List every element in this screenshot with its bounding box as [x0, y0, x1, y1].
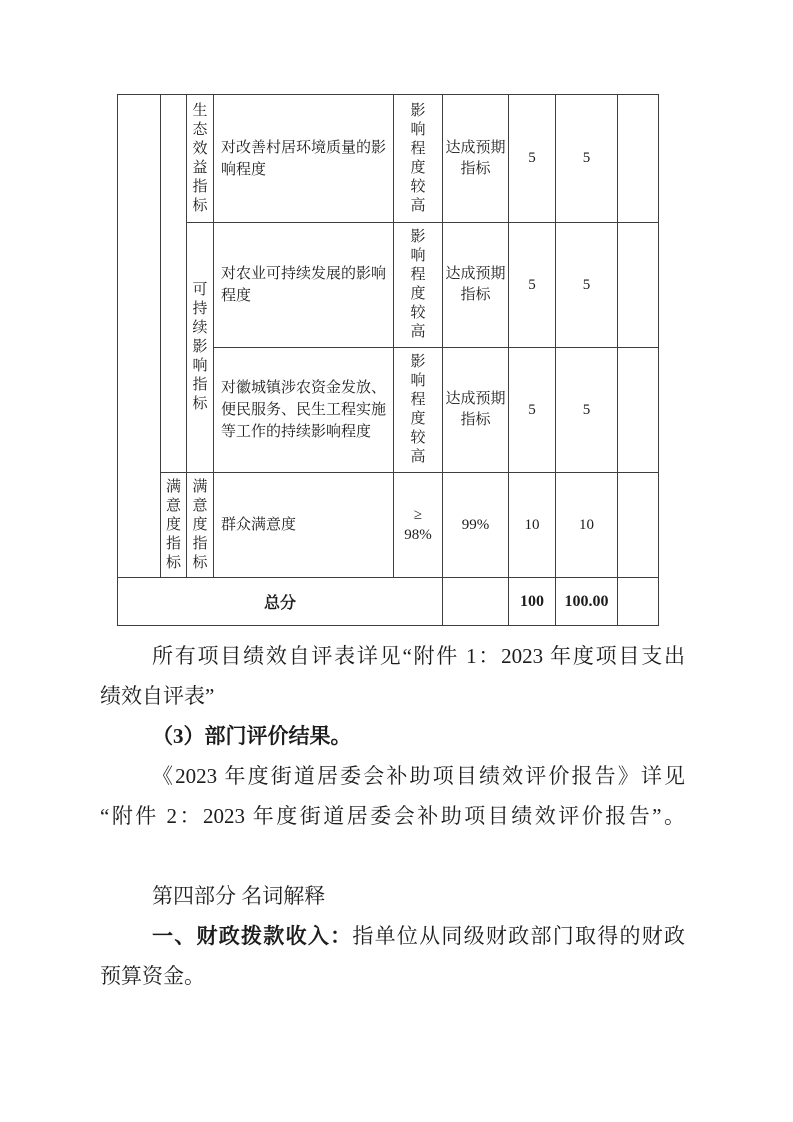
- cell-satisfaction-header-l2: 满意度指标: [187, 473, 214, 578]
- term1-def-line2: 预算资金。: [100, 956, 685, 996]
- cell-indicator-2: 对农业可持续发展的影响程度: [214, 223, 394, 348]
- cell-total-remark-blank: [618, 578, 659, 626]
- target-2-text: 影响程度较高: [411, 228, 426, 342]
- cell-eco-benefit-header: 生态效益指标: [187, 95, 214, 223]
- performance-indicator-table: 生态效益指标 对改善村居环境质量的影响程度 影响程度较高 达成预期指标 5 5 …: [117, 94, 659, 626]
- blank-line: [100, 836, 685, 876]
- cell-target-3: 影响程度较高: [394, 348, 443, 473]
- heading-dept-eval-result: （3）部门评价结果。: [100, 716, 685, 756]
- cell-total-actual-blank: [443, 578, 509, 626]
- cell-target-1: 影响程度较高: [394, 95, 443, 223]
- target-1-text: 影响程度较高: [411, 102, 426, 216]
- satisfaction-header-l1-text: 满意度指标: [166, 478, 181, 573]
- cell-level2-category-blank: [161, 95, 187, 473]
- cell-level1-category-blank: [118, 95, 161, 578]
- cell-weight-4: 10: [509, 473, 556, 578]
- cell-sustainable-header: 可持续影响指标: [187, 223, 214, 473]
- target-4-line1: ≥: [394, 505, 442, 525]
- target-4-line2: 98%: [394, 525, 442, 545]
- cell-score-1: 5: [556, 95, 618, 223]
- term1-def-line1: 指单位从同级财政部门取得的财政: [352, 924, 685, 948]
- document-page: { "page": { "background": "#ffffff", "te…: [0, 0, 793, 1122]
- cell-actual-1: 达成预期指标: [443, 95, 509, 223]
- cell-actual-4: 99%: [443, 473, 509, 578]
- cell-score-4: 10: [556, 473, 618, 578]
- para2-line1: 《2023 年度街道居委会补助项目绩效评价报告》详见: [100, 756, 685, 796]
- cell-target-4: ≥ 98%: [394, 473, 443, 578]
- cell-indicator-3: 对徽城镇涉农资金发放、便民服务、民生工程实施等工作的持续影响程度: [214, 348, 394, 473]
- cell-total-score: 100.00: [556, 578, 618, 626]
- sustainable-header-text: 可持续影响指标: [193, 281, 208, 414]
- term1-line1: 一、财政拨款收入：指单位从同级财政部门取得的财政: [100, 916, 685, 956]
- para1-line2: 绩效自评表”: [100, 676, 685, 716]
- target-3-text: 影响程度较高: [411, 353, 426, 467]
- para1-line1: 所有项目绩效自评表详见“附件 1：2023 年度项目支出: [100, 636, 685, 676]
- para2-line2: “附件 2：2023 年度街道居委会补助项目绩效评价报告”。: [100, 796, 685, 836]
- body-text: 所有项目绩效自评表详见“附件 1：2023 年度项目支出 绩效自评表” （3）部…: [100, 636, 685, 996]
- cell-weight-3: 5: [509, 348, 556, 473]
- cell-weight-2: 5: [509, 223, 556, 348]
- cell-actual-3: 达成预期指标: [443, 348, 509, 473]
- cell-score-2: 5: [556, 223, 618, 348]
- cell-indicator-4: 群众满意度: [214, 473, 394, 578]
- cell-total-label: 总分: [118, 578, 443, 626]
- cell-indicator-1: 对改善村居环境质量的影响程度: [214, 95, 394, 223]
- term1-label: 一、财政拨款收入：: [152, 924, 352, 948]
- satisfaction-header-l2-text: 满意度指标: [193, 478, 208, 573]
- cell-total-weight: 100: [509, 578, 556, 626]
- heading-part4: 第四部分 名词解释: [100, 876, 685, 916]
- cell-remark-1: [618, 95, 659, 223]
- cell-weight-1: 5: [509, 95, 556, 223]
- cell-score-3: 5: [556, 348, 618, 473]
- eco-benefit-header-text: 生态效益指标: [193, 102, 208, 216]
- cell-actual-2: 达成预期指标: [443, 223, 509, 348]
- cell-target-2: 影响程度较高: [394, 223, 443, 348]
- cell-satisfaction-header-l1: 满意度指标: [161, 473, 187, 578]
- cell-remark-2: [618, 223, 659, 348]
- cell-remark-4: [618, 473, 659, 578]
- cell-remark-3: [618, 348, 659, 473]
